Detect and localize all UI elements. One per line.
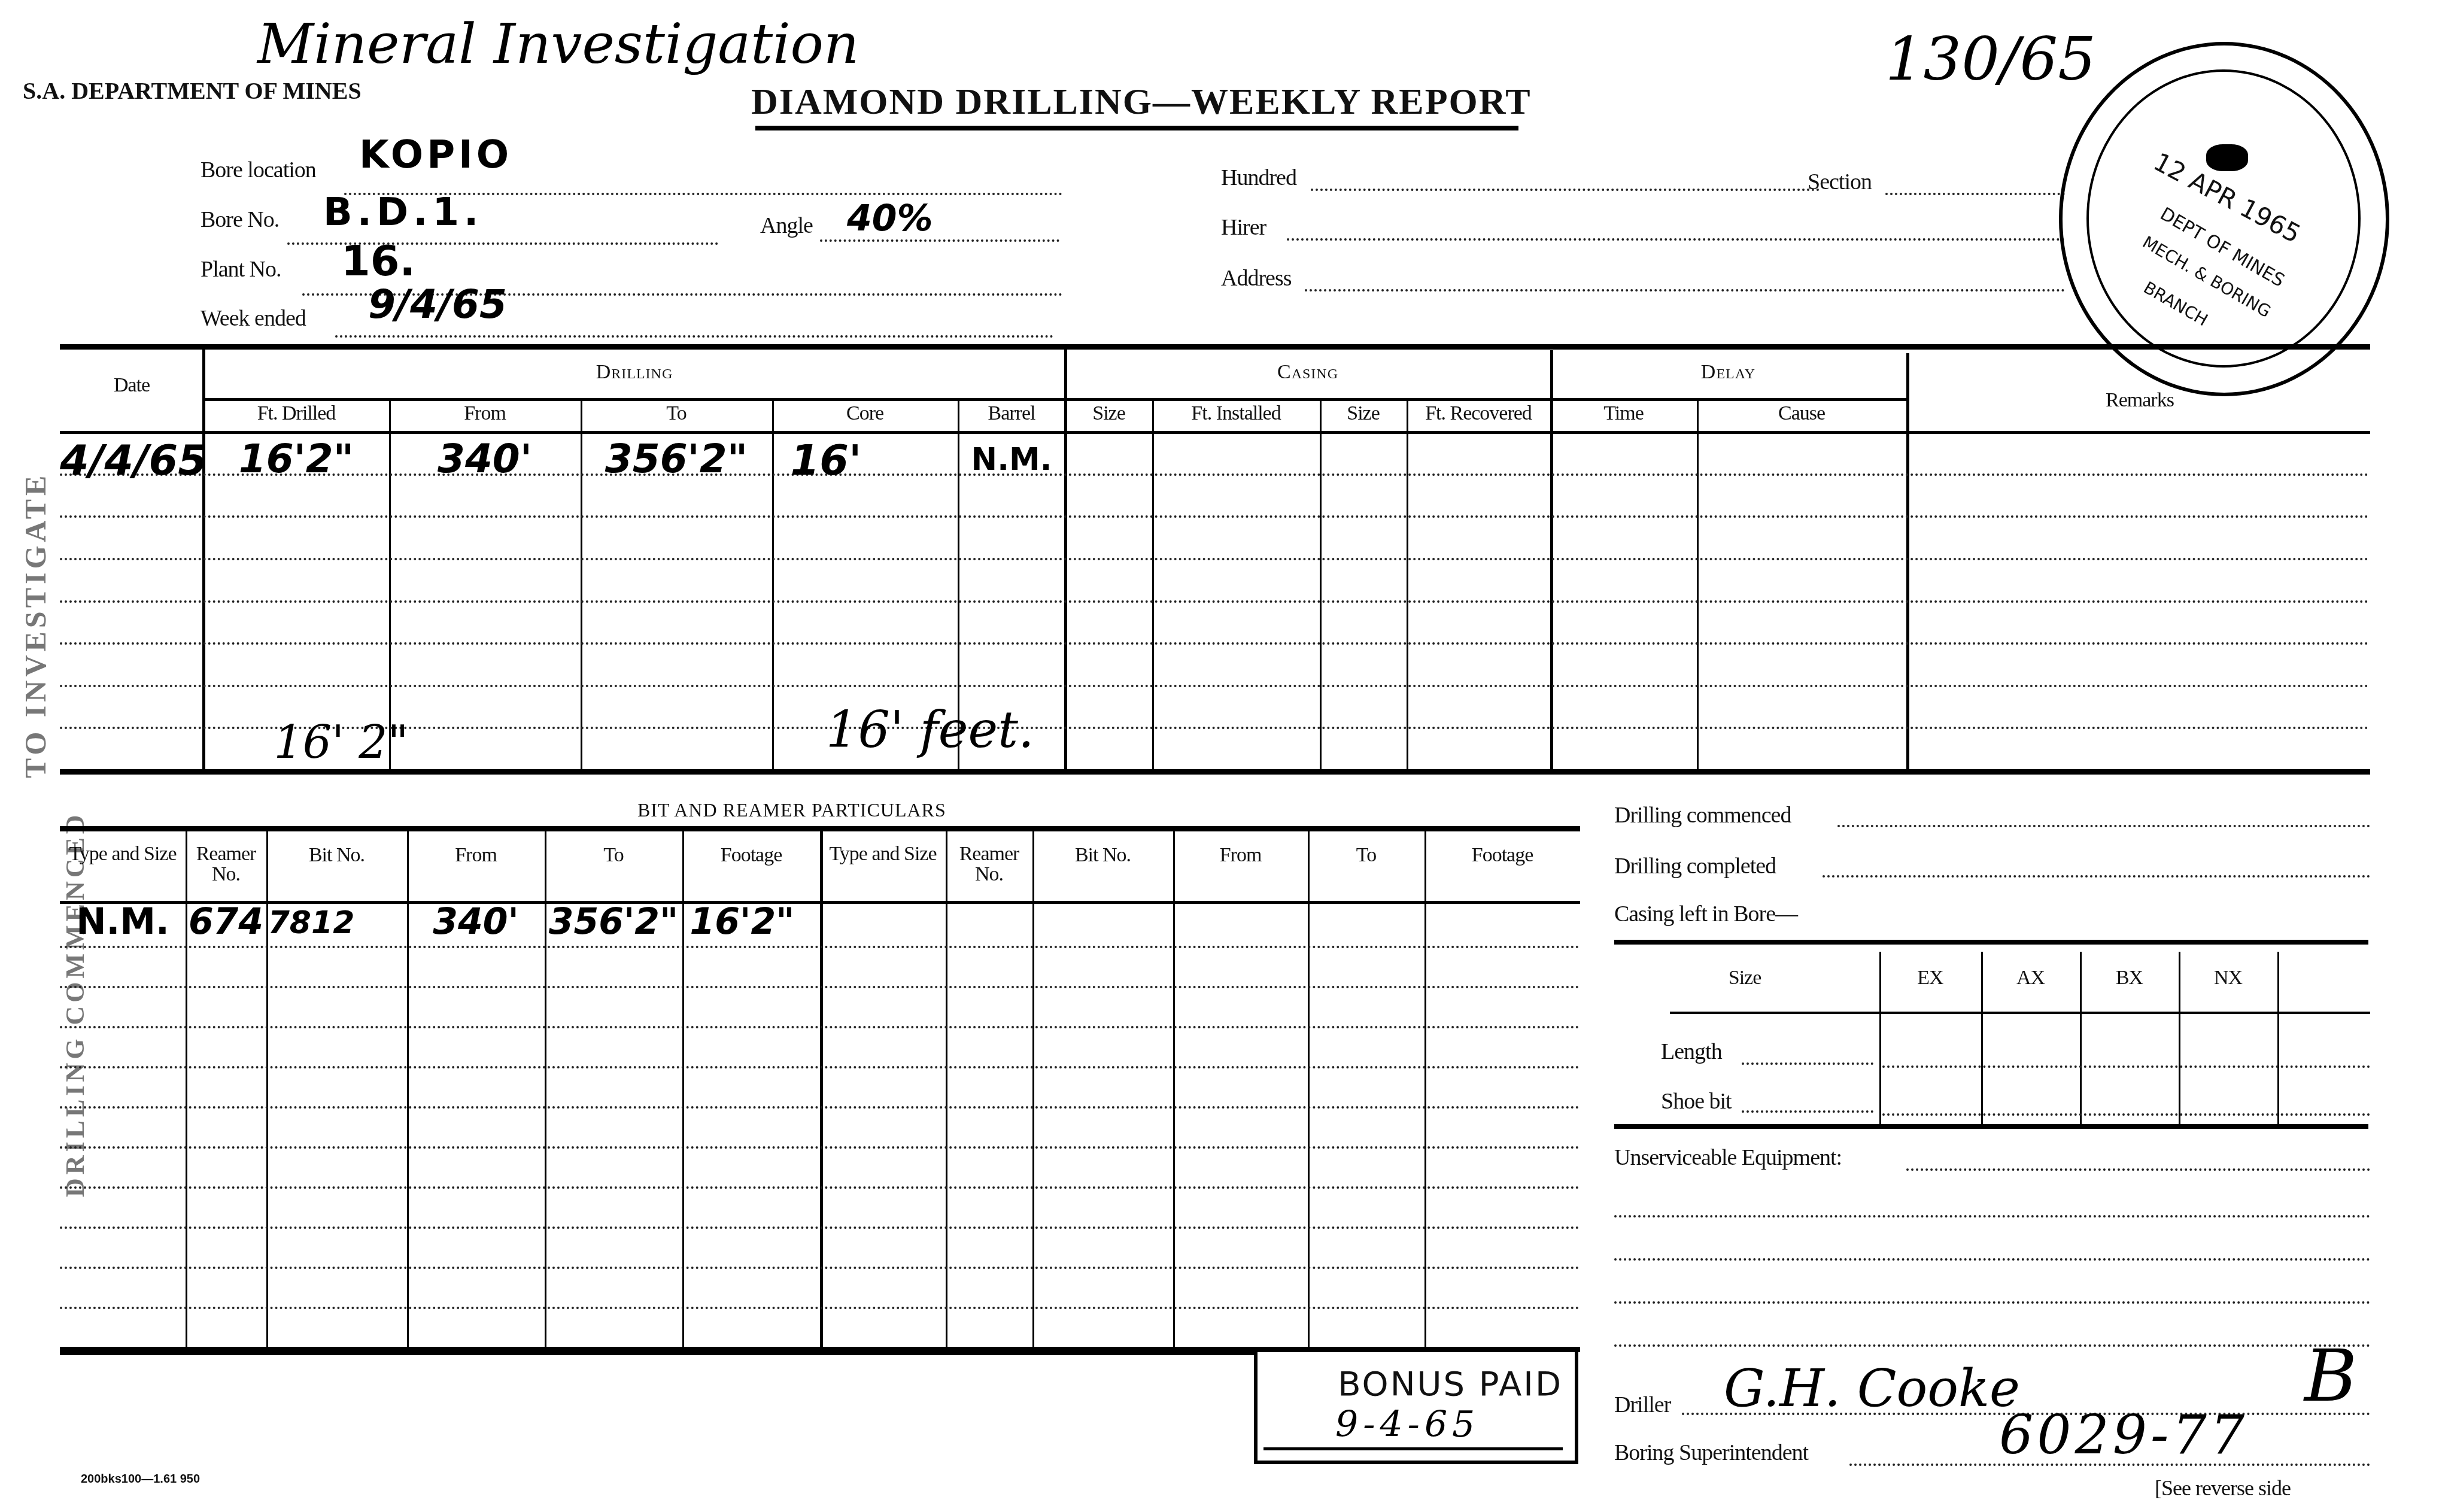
bit-header-footage: Footage xyxy=(682,844,820,867)
col-header-date: Date xyxy=(60,374,203,397)
plant-no-label: Plant No. xyxy=(201,256,281,283)
shoe-bit-label: Shoe bit xyxy=(1661,1088,1732,1115)
plant-no-value[interactable]: 16. xyxy=(341,236,415,286)
bit-row1-type-size[interactable]: N.M. xyxy=(60,901,186,943)
superintendent-label: Boring Superintendent xyxy=(1614,1440,1808,1466)
bit-header-reamer-no-2: Reamer No. xyxy=(946,844,1032,885)
col-header-to: To xyxy=(581,402,772,425)
col-header-delay-cause: Cause xyxy=(1697,402,1906,425)
handwritten-heading: Mineral Investigation xyxy=(257,12,859,76)
report-title: DIAMOND DRILLING—WEEKLY REPORT xyxy=(751,81,1532,123)
week-ended-label: Week ended xyxy=(201,305,306,332)
bore-location-label: Bore location xyxy=(201,157,316,183)
bit-header-from: From xyxy=(407,844,545,867)
bit-reamer-title: BIT AND REAMER PARTICULARS xyxy=(637,799,946,821)
received-stamp: 12 APR 1965 DEPT OF MINES MECH. & BORING… xyxy=(2059,42,2389,396)
row1-ft-drilled[interactable]: 16'2" xyxy=(203,436,389,482)
department-name: S.A. DEPARTMENT OF MINES xyxy=(23,77,362,105)
group-header-drilling: Drilling xyxy=(203,361,1065,384)
margin-text-1: TO INVESTIGATE xyxy=(18,472,53,778)
unserviceable-label: Unserviceable Equipment: xyxy=(1614,1144,1842,1171)
col-header-ft-drilled: Ft. Drilled xyxy=(203,402,389,425)
drilling-completed-field[interactable] xyxy=(1823,875,2370,878)
bit-row1-reamer-no[interactable]: 674 xyxy=(186,901,266,943)
casing-size-nx: NX xyxy=(2179,967,2277,989)
hundred-label: Hundred xyxy=(1221,165,1296,191)
col-header-ft-installed: Ft. Installed xyxy=(1152,402,1320,425)
col-header-casing-size: Size xyxy=(1065,402,1152,425)
initials: B xyxy=(2304,1335,2357,1418)
angle-value[interactable]: 40% xyxy=(847,198,933,239)
bore-no-value[interactable]: B.D.1. xyxy=(323,190,483,235)
total-core: 16' feet. xyxy=(826,700,1029,759)
title-underline xyxy=(755,126,1518,130)
stamp-pointer-icon xyxy=(2206,144,2248,171)
col-header-barrel: Barrel xyxy=(958,402,1065,425)
bit-header-type-size-2: Type and Size xyxy=(820,844,946,864)
casing-size-ax: AX xyxy=(1981,967,2080,989)
week-ended-value[interactable]: 9/4/65 xyxy=(368,281,507,327)
total-ft-drilled: 16' 2" xyxy=(251,715,431,769)
bit-header-reamer-no: Reamer No. xyxy=(186,844,266,885)
casing-size-ex: EX xyxy=(1879,967,1981,989)
col-header-ft-recovered: Ft. Recovered xyxy=(1407,402,1550,425)
bit-header-to-2: To xyxy=(1308,844,1424,867)
margin-text-2: DRILLING COMMENCED xyxy=(60,811,90,1197)
section-label: Section xyxy=(1808,169,1872,195)
unserviceable-field[interactable] xyxy=(1906,1168,2370,1171)
row1-date[interactable]: 4/4/65 xyxy=(60,436,203,485)
bit-header-to: To xyxy=(545,844,682,867)
driller-signature[interactable]: G.H. Cooke xyxy=(1724,1359,2020,1419)
angle-label: Angle xyxy=(760,212,813,239)
row1-from[interactable]: 340' xyxy=(389,436,581,482)
bit-header-footage-2: Footage xyxy=(1424,844,1580,867)
col-header-remarks: Remarks xyxy=(1909,389,2370,412)
casing-size-header: Size xyxy=(1646,967,1843,989)
address-label: Address xyxy=(1221,265,1292,292)
bit-header-bit-no-2: Bit No. xyxy=(1032,844,1173,867)
shoe-bit-fields[interactable] xyxy=(1882,1113,2370,1116)
casing-size-bx: BX xyxy=(2080,967,2179,989)
length-fields[interactable] xyxy=(1882,1065,2370,1068)
bit-row1-from[interactable]: 340' xyxy=(407,901,545,943)
driller-label: Driller xyxy=(1614,1392,1670,1418)
form-code: 200bks100—1.61 950 xyxy=(81,1472,200,1486)
group-header-casing: Casing xyxy=(1065,361,1550,384)
see-reverse-side: [See reverse side xyxy=(2155,1475,2291,1501)
drilling-commenced-field[interactable] xyxy=(1837,825,2370,827)
bit-row1-footage[interactable]: 16'2" xyxy=(682,901,802,943)
drilling-commenced-label: Drilling commenced xyxy=(1614,802,1791,828)
drilling-completed-label: Drilling completed xyxy=(1614,853,1776,879)
col-header-from: From xyxy=(389,402,581,425)
col-header-delay-time: Time xyxy=(1550,402,1697,425)
file-reference: 130/65 xyxy=(1885,24,2096,94)
bit-header-bit-no: Bit No. xyxy=(266,844,407,867)
col-header-core: Core xyxy=(772,402,958,425)
casing-left-label: Casing left in Bore— xyxy=(1614,901,1797,927)
row1-to[interactable]: 356'2" xyxy=(581,436,772,482)
bore-location-value[interactable]: KOPIO xyxy=(359,133,512,177)
col-header-casing-size-2: Size xyxy=(1320,402,1407,425)
bonus-paid-date: 9-4-65 xyxy=(1335,1404,1480,1446)
bonus-paid-text: BONUS PAID xyxy=(1275,1365,1563,1404)
superintendent-ref: 6029-77 xyxy=(1999,1404,2248,1467)
hirer-label: Hirer xyxy=(1221,214,1266,241)
bonus-paid-stamp: BONUS PAID 9-4-65 xyxy=(1254,1347,1578,1464)
row1-barrel[interactable]: N.M. xyxy=(958,442,1065,478)
bore-no-label: Bore No. xyxy=(201,207,279,233)
group-header-delay: Delay xyxy=(1550,361,1906,384)
bit-header-from-2: From xyxy=(1173,844,1308,867)
length-label: Length xyxy=(1661,1039,1722,1065)
bit-header-type-size: Type and Size xyxy=(60,844,186,864)
bit-row1-to[interactable]: 356'2" xyxy=(545,901,682,943)
bit-row1-bit-no[interactable]: 7812 xyxy=(266,905,356,941)
row1-core[interactable]: 16' xyxy=(772,436,880,485)
